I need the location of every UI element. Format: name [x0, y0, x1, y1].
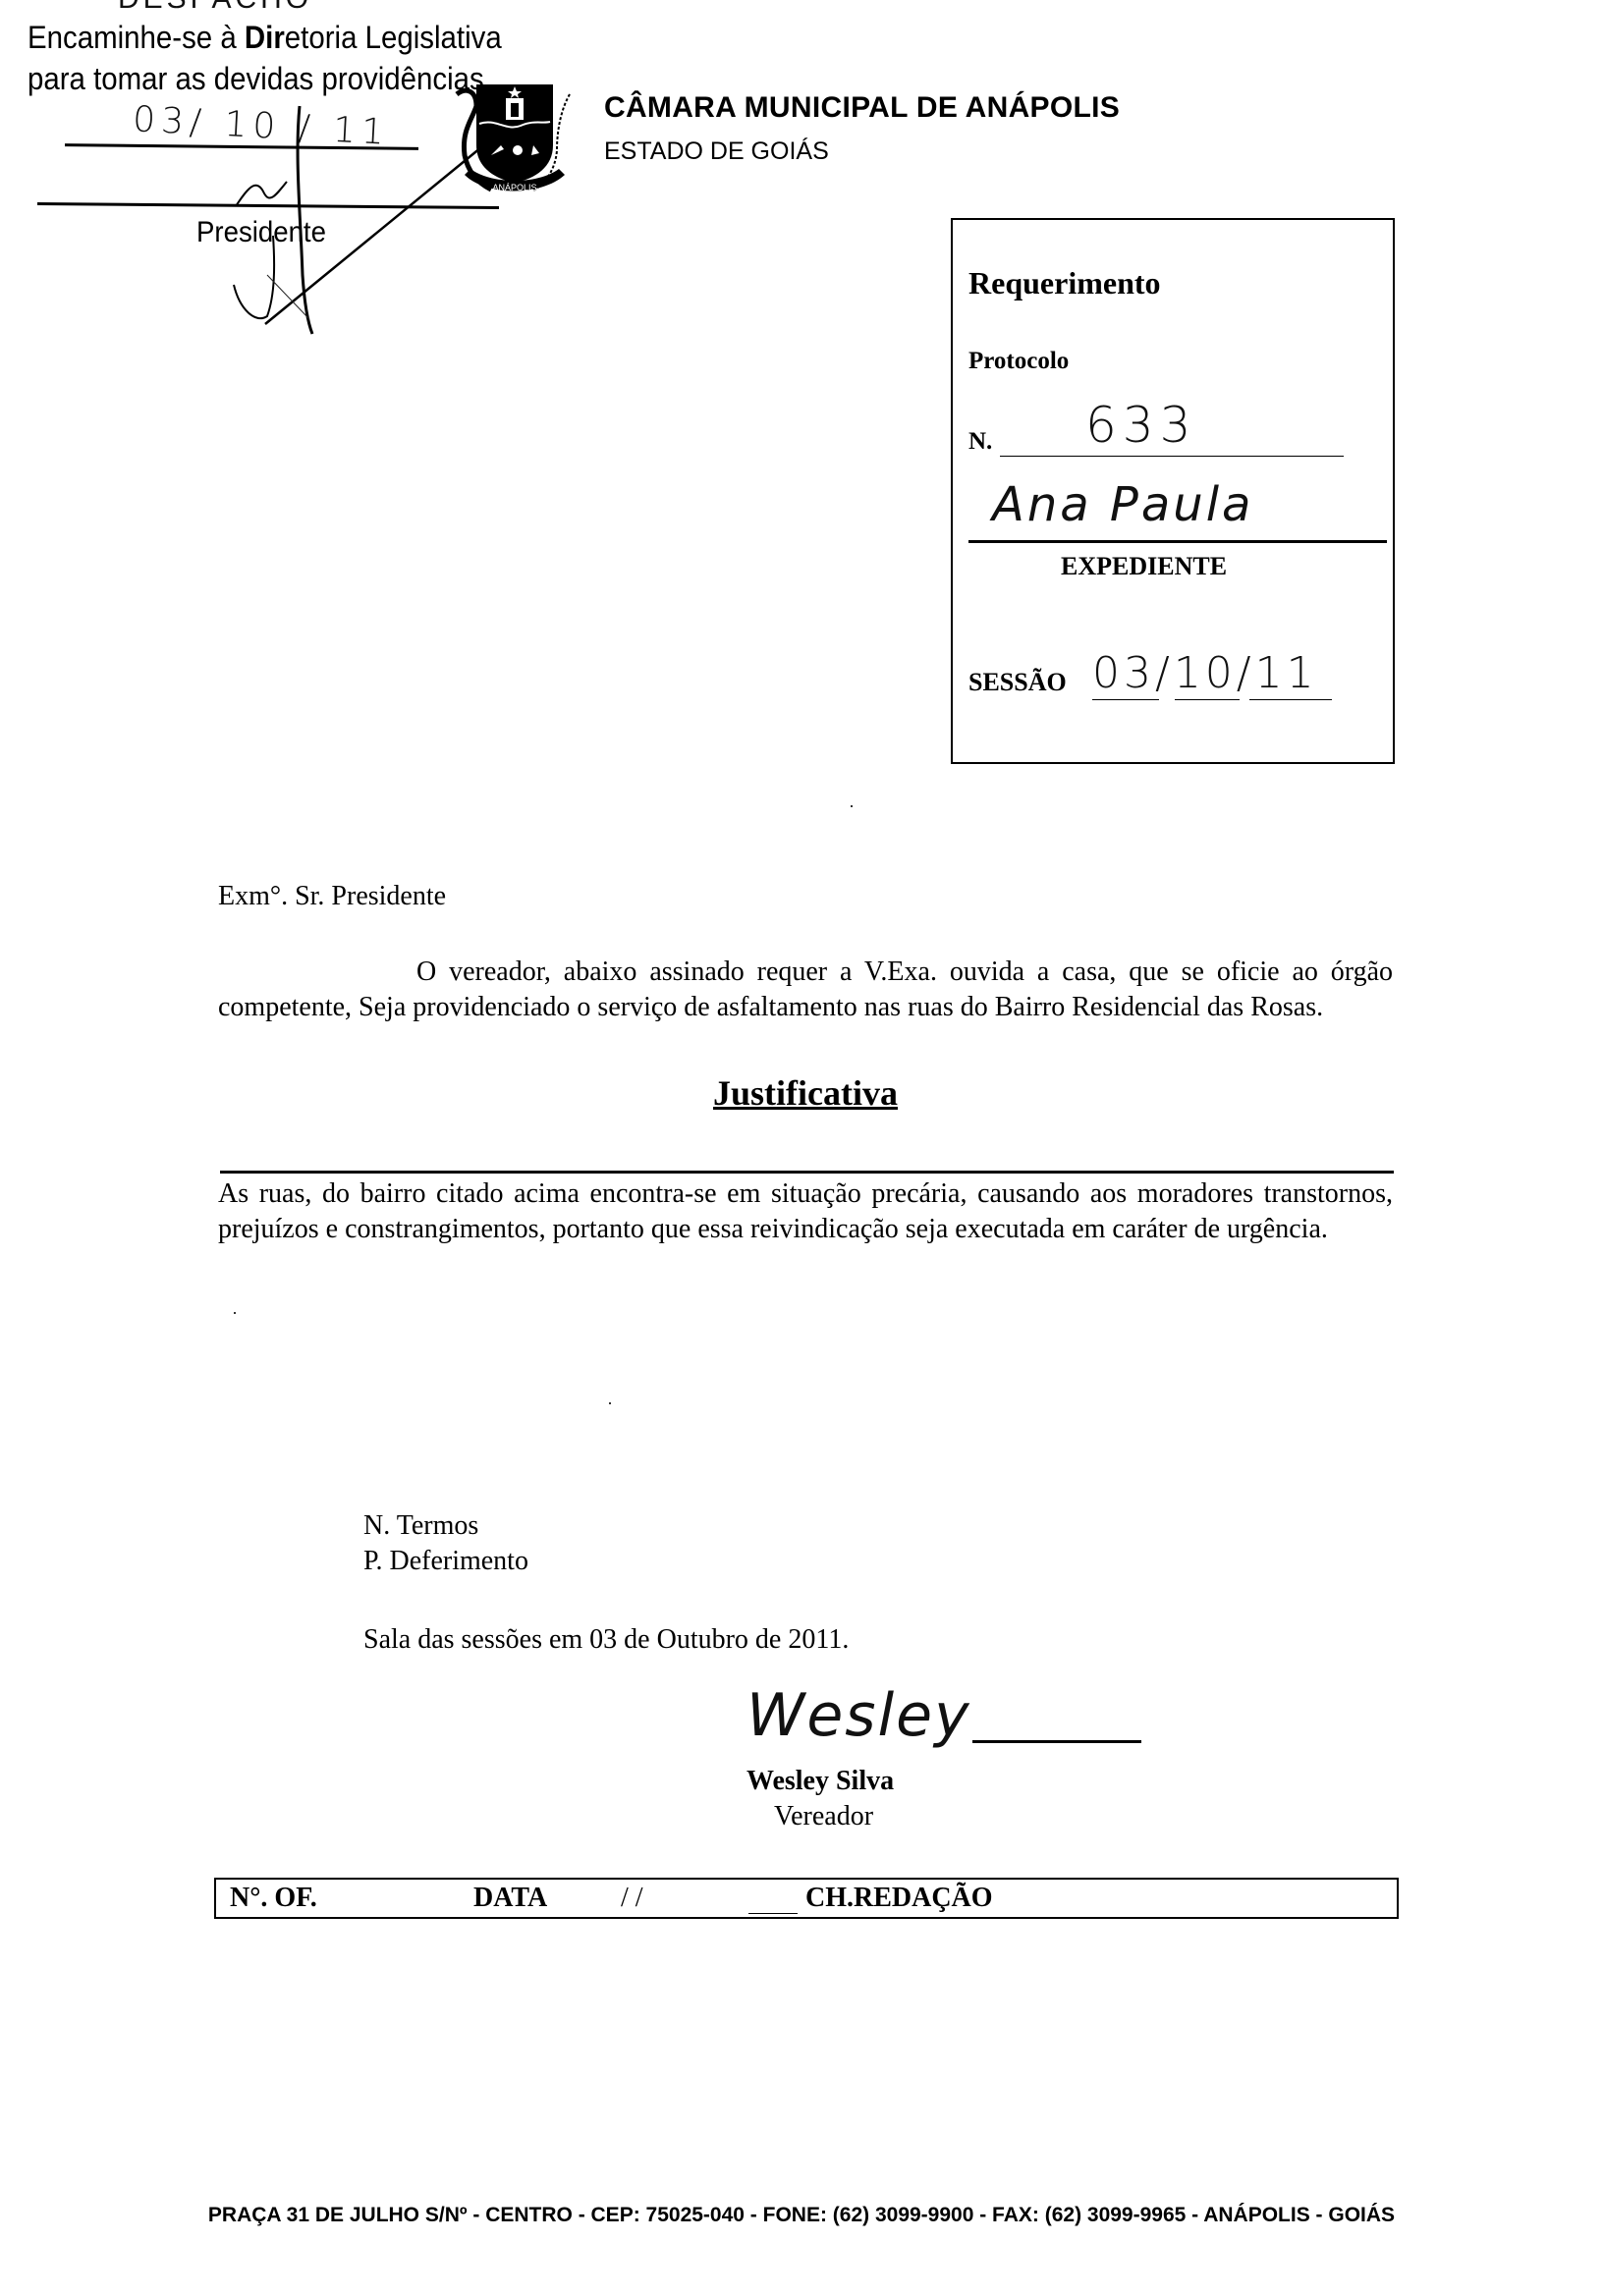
stamp-text: etoria Legislativa [285, 20, 502, 55]
stamp-text: Encaminhe-se à [28, 20, 245, 55]
protocol-box: Requerimento Protocolo N. 633 Ana Paula … [951, 218, 1395, 764]
expediente-signature: Ana Paula [992, 477, 1253, 532]
record-row: N°. OF. DATA / / CH.REDAÇÃO [214, 1878, 1399, 1919]
protocol-number-value: 633 [1085, 397, 1196, 454]
protocol-box-title: Requerimento [968, 265, 1161, 301]
session-date-value: 03/10/11 [1092, 648, 1318, 698]
closing-terms: N. Termos [363, 1508, 478, 1544]
record-date-separators: / / [621, 1883, 643, 1914]
stamp-heading-cut: DESPACHO [118, 0, 312, 16]
expediente-label: EXPEDIENTE [1061, 552, 1227, 581]
session-year-line [1249, 699, 1332, 700]
record-date-line [748, 1913, 798, 1914]
scan-speck [609, 1402, 611, 1404]
page-subtitle: ESTADO DE GOIÁS [604, 137, 829, 166]
session-label: SESSÃO [968, 668, 1067, 697]
protocol-label: Protocolo [968, 348, 1069, 375]
page-title: CÂMARA MUNICIPAL DE ANÁPOLIS [604, 91, 1120, 125]
coat-of-arms-icon: ANÁPOLIS [447, 77, 580, 204]
salutation: Exm°. Sr. Presidente [218, 879, 446, 914]
signature-line [972, 1740, 1141, 1743]
closing-deferimento: P. Deferimento [363, 1544, 528, 1579]
signer-name: Wesley Silva [746, 1766, 894, 1797]
place-and-date: Sala das sessões em 03 de Outubro de 201… [363, 1622, 849, 1658]
request-paragraph-text: O vereador, abaixo assinado requer a V.E… [218, 957, 1393, 1022]
expediente-line [968, 540, 1387, 543]
stamp-line-1: Encaminhe-se à Diretoria Legislativa [28, 20, 502, 56]
scan-speck [851, 805, 853, 807]
justification-paragraph: As ruas, do bairro citado acima encontra… [218, 1176, 1393, 1247]
signer-role: Vereador [774, 1801, 873, 1832]
scan-speck [234, 1312, 236, 1314]
stamp-line-2: para tomar as devidas providências [28, 61, 484, 97]
stamp-text-bold: Dir [245, 20, 285, 55]
footer-address: PRAÇA 31 DE JULHO S/Nº - CENTRO - CEP: 7… [0, 2204, 1603, 2227]
record-date-label: DATA [473, 1883, 547, 1914]
justification-rule [220, 1171, 1394, 1174]
request-paragraph: O vereador, abaixo assinado requer a V.E… [218, 955, 1393, 1025]
protocol-number-line [1000, 456, 1344, 457]
session-day-line [1092, 699, 1159, 700]
justification-heading: Justificativa [218, 1072, 1393, 1114]
protocol-number-label: N. [968, 428, 992, 456]
redaction-label: CH.REDAÇÃO [805, 1883, 993, 1914]
signature-scribble: Wesley [746, 1681, 971, 1750]
svg-text:ANÁPOLIS: ANÁPOLIS [492, 183, 536, 192]
office-number-label: N°. OF. [230, 1883, 317, 1914]
session-month-line [1175, 699, 1240, 700]
